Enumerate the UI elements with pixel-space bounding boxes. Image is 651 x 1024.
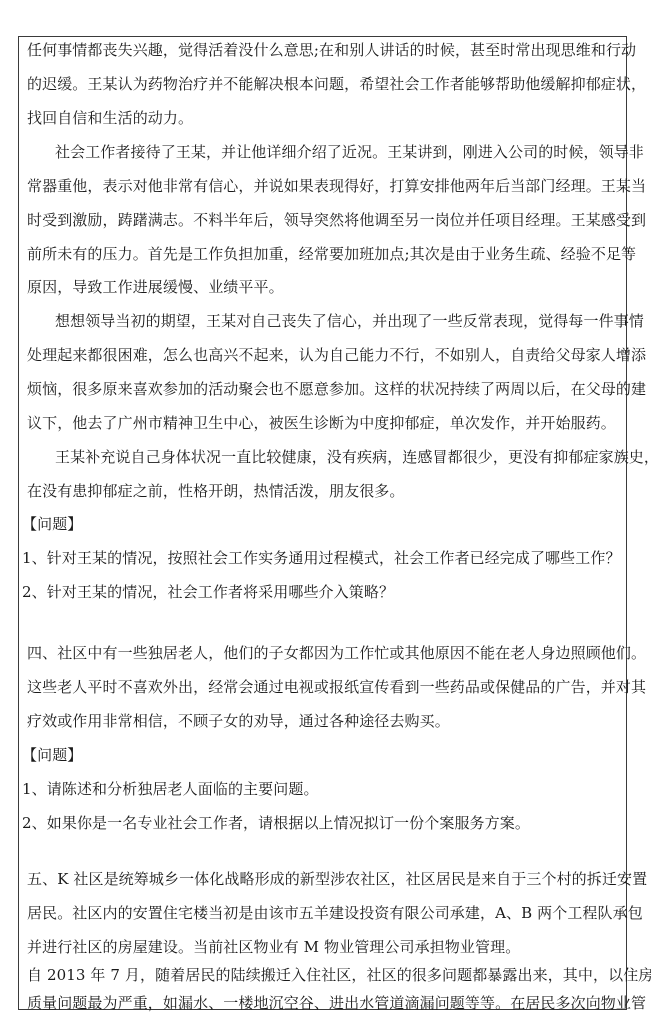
case3-p2-line-2: 常器重他，表示对他非常有信心，并说如果表现得好，打算安排他两年后当部门经理。王某…: [27, 177, 622, 195]
case5-line-2: 居民。社区内的安置住宅楼当初是由该市五羊建设投资有限公司承建，A、B 两个工程队…: [27, 904, 622, 922]
case3-p4-line-1: 王某补充说自己身体状况一直比较健康，没有疾病，连感冒都很少，更没有抑郁症家族史，: [55, 448, 650, 466]
case4-line-2: 这些老人平时不喜欢外出，经常会通过电视或报纸宣传看到一些药品或保健品的广告，并对…: [27, 678, 622, 696]
case3-p2-line-3: 时受到激励，踌躇满志。不料半年后，领导突然将他调至另一岗位并任项目经理。王某感受…: [27, 211, 622, 229]
case4-line-1: 四、社区中有一些独居老人，他们的子女都因为工作忙或其他原因不能在老人身边照顾他们…: [27, 644, 622, 662]
case5-line-4: 自 2013 年 7 月，随着居民的陆续搬迁入住社区，社区的很多问题都暴露出来，…: [27, 966, 622, 984]
case4-questions-label: 【问题】: [22, 746, 617, 764]
case3-p3-line-4: 议下，他去了广州市精神卫生中心，被医生诊断为中度抑郁症，单次发作，并开始服药。: [27, 414, 622, 432]
case3-question-2: 2、针对王某的情况，社会工作者将采用哪些介入策略？: [22, 583, 617, 601]
case3-questions-label: 【问题】: [22, 515, 617, 533]
case3-p4-line-2: 在没有患抑郁症之前，性格开朗，热情活泼，朋友很多。: [27, 482, 622, 500]
case3-p3-line-2: 处理起来都很困难，怎么也高兴不起来，认为自己能力不行，不如别人，自责给父母家人增…: [27, 346, 622, 364]
case3-line-2: 的迟缓。王某认为药物治疗并不能解决根本问题，希望社会工作者能够帮助他缓解抑郁症状…: [27, 75, 622, 93]
case3-question-1: 1、针对王某的情况，按照社会工作实务通用过程模式，社会工作者已经完成了哪些工作？: [22, 549, 617, 567]
case3-line-1: 任何事情都丧失兴趣，觉得活着没什么意思;在和别人讲话的时候，甚至时常出现思维和行…: [27, 41, 622, 59]
case3-p2-line-1: 社会工作者接待了王某，并让他详细介绍了近况。王某讲到，刚进入公司的时候，领导非: [55, 143, 650, 161]
case5-line-1: 五、K 社区是统筹城乡一体化战略形成的新型涉农社区，社区居民是来自于三个村的拆迁…: [27, 870, 622, 888]
case3-p2-line-4: 前所未有的压力。首先是工作负担加重，经常要加班加点;其次是由于业务生疏、经验不足…: [27, 245, 622, 263]
case5-line-3: 并进行社区的房屋建设。当前社区物业有 M 物业管理公司承担物业管理。: [27, 938, 622, 956]
case3-p2-line-5: 原因，导致工作进展缓慢、业绩平平。: [27, 278, 622, 296]
case4-line-3: 疗效或作用非常相信，不顾子女的劝导，通过各种途径去购买。: [27, 712, 622, 730]
case3-p3-line-1: 想想领导当初的期望，王某对自己丧失了信心，并出现了一些反常表现，觉得每一件事情: [55, 312, 650, 330]
case3-line-3: 找回自信和生活的动力。: [27, 109, 622, 127]
case4-question-2: 2、如果你是一名专业社会工作者，请根据以上情况拟订一份个案服务方案。: [22, 814, 617, 832]
case5-line-5: 质量问题最为严重，如漏水、一楼地沉空谷、进出水管道滴漏问题等等。在居民多次向物业…: [27, 994, 622, 1012]
case4-question-1: 1、请陈述和分析独居老人面临的主要问题。: [22, 780, 617, 798]
case3-p3-line-3: 烦恼，很多原来喜欢参加的活动聚会也不愿意参加。这样的状况持续了两周以后，在父母的…: [27, 380, 622, 398]
